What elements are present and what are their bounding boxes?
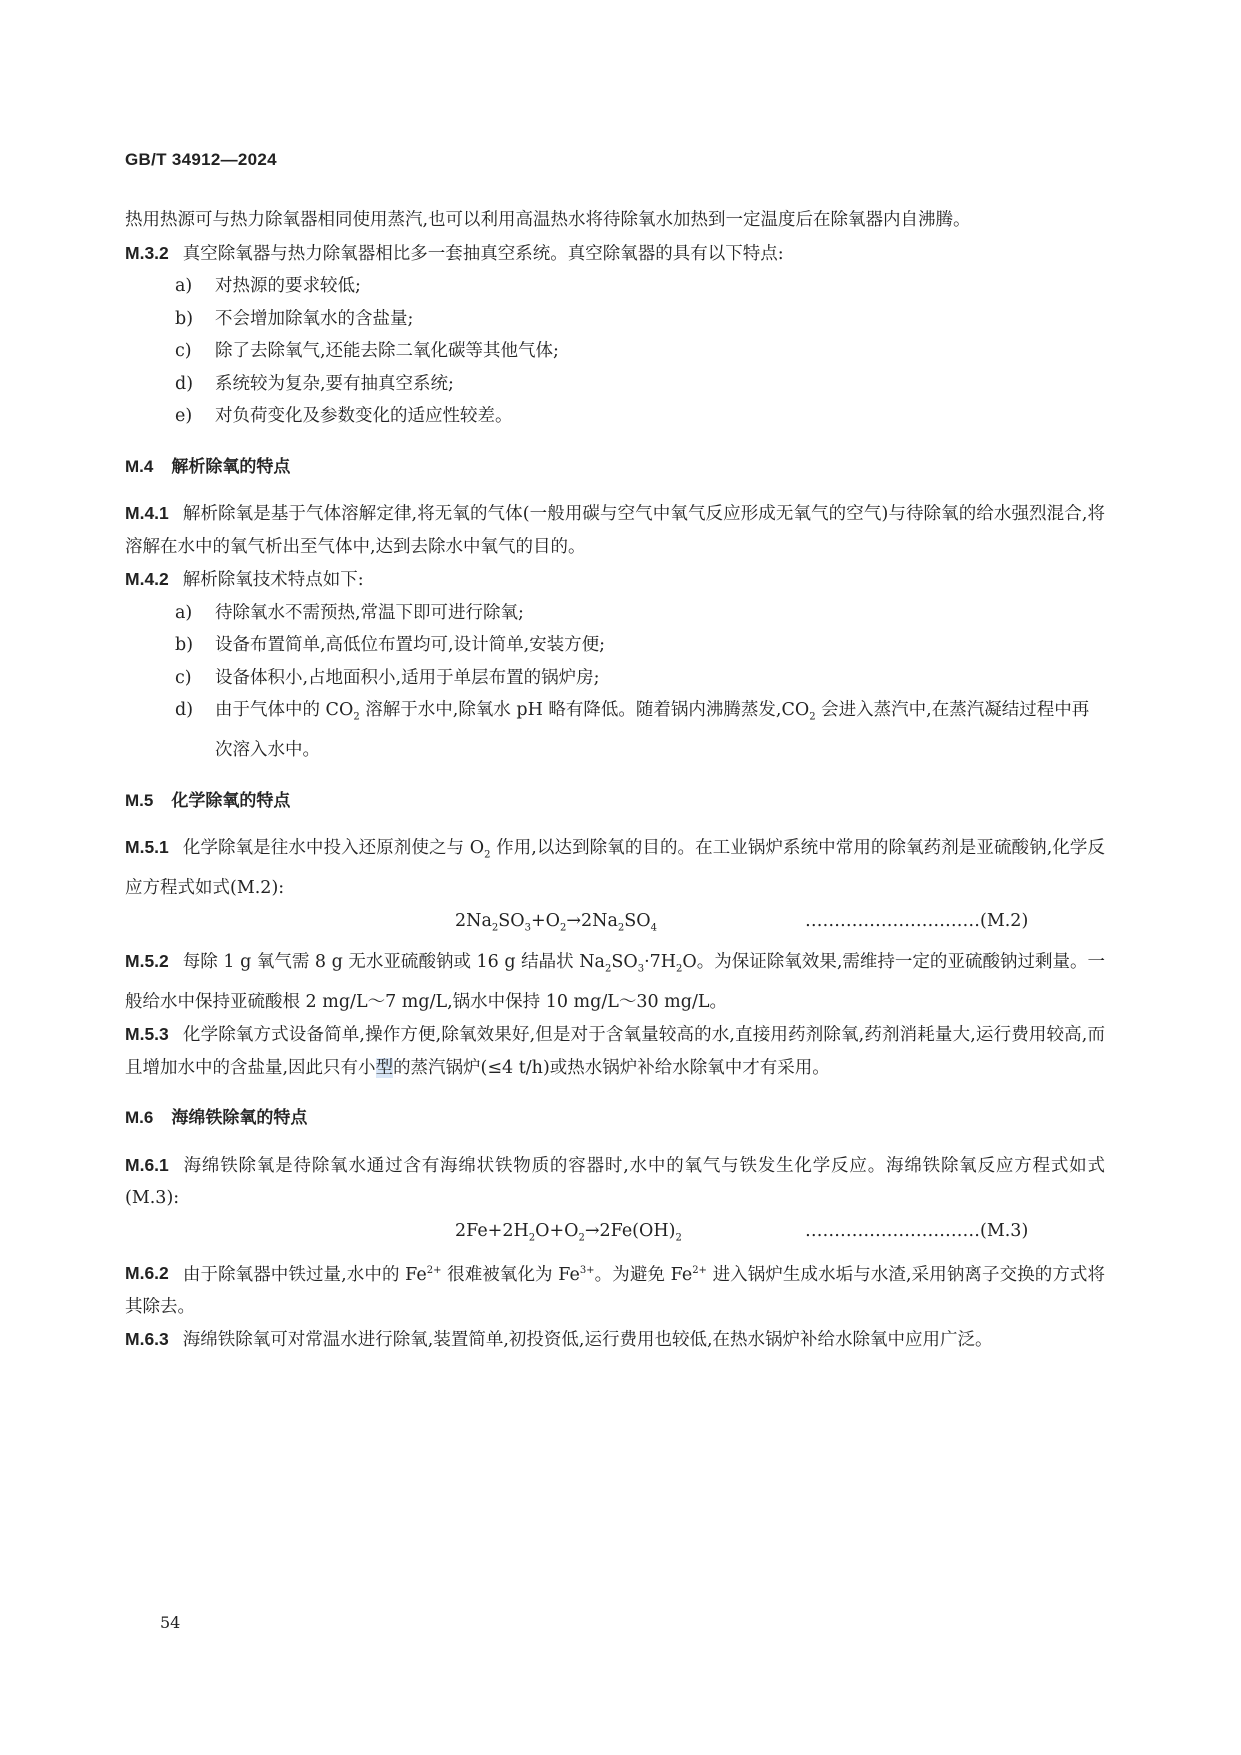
clause-m53: M.5.3化学除氧方式设备简单,操作方便,除氧效果好,但是对于含氧量较高的水,直… [125, 1018, 1105, 1084]
list-label: a) [175, 597, 215, 630]
equation-m2: 2Na2SO3+O2→2Na2SO4 …………………………(M.2) [125, 905, 1105, 945]
list-item: e)对负荷变化及参数变化的适应性较差。 [175, 400, 1105, 433]
list-label: a) [175, 270, 215, 303]
page-number: 54 [160, 1613, 180, 1632]
list-text: 系统较为复杂,要有抽真空系统; [215, 368, 1105, 401]
list-text: 设备布置简单,高低位布置均可,设计简单,安装方便; [215, 629, 1105, 662]
clause-m61: M.6.1海绵铁除氧是待除氧水通过含有海绵状铁物质的容器时,水中的氧气与铁发生化… [125, 1149, 1105, 1215]
section-title: 解析除氧的特点 [171, 457, 290, 476]
clause-number: M.6.1 [125, 1155, 169, 1175]
list-item: b)不会增加除氧水的含盐量; [175, 303, 1105, 336]
equation-ref: …………………………(M.3) [805, 1215, 1028, 1255]
clause-m62: M.6.2由于除氧器中铁过量,水中的 Fe2+ 很难被氧化为 Fe3+。为避免 … [125, 1255, 1105, 1324]
clause-text: 海绵铁除氧是待除氧水通过含有海绵状铁物质的容器时,水中的氧气与铁发生化学反应。海… [125, 1156, 1105, 1209]
list-label: d) [175, 368, 215, 401]
list-label: c) [175, 662, 215, 695]
list-item: a)对热源的要求较低; [175, 270, 1105, 303]
standard-code: GB/T 34912—2024 [125, 150, 277, 170]
clause-number: M.4.1 [125, 503, 169, 523]
list-item: c)除了去除氧气,还能去除二氧化碳等其他气体; [175, 335, 1105, 368]
clause-text: 解析除氧技术特点如下: [183, 570, 364, 590]
document-body: 热用热源可与热力除氧器相同使用蒸汽,也可以利用高温热水将待除氧水加热到一定温度后… [125, 204, 1105, 1357]
list-item: a)待除氧水不需预热,常温下即可进行除氧; [175, 597, 1105, 630]
clause-text: 真空除氧器与热力除氧器相比多一套抽真空系统。真空除氧器的具有以下特点: [183, 244, 784, 264]
list-item: b)设备布置简单,高低位布置均可,设计简单,安装方便; [175, 629, 1105, 662]
text-selection-highlight[interactable]: 型 [376, 1058, 394, 1078]
list-item: d)由于气体中的 CO2 溶解于水中,除氧水 pH 略有降低。随着锅内沸腾蒸发,… [175, 694, 1105, 767]
clause-number: M.5.3 [125, 1024, 169, 1044]
list-text: 由于气体中的 CO2 溶解于水中,除氧水 pH 略有降低。随着锅内沸腾蒸发,CO… [215, 694, 1105, 767]
list-text: 待除氧水不需预热,常温下即可进行除氧; [215, 597, 1105, 630]
clause-number: M.5.2 [125, 951, 169, 971]
clause-text: 海绵铁除氧可对常温水进行除氧,装置简单,初投资低,运行费用也较低,在热水锅炉补给… [183, 1330, 993, 1350]
list-text: 对热源的要求较低; [215, 270, 1105, 303]
equation-m3: 2Fe+2H2O+O2→2Fe(OH)2 …………………………(M.3) [125, 1215, 1105, 1255]
list-item: d)系统较为复杂,要有抽真空系统; [175, 368, 1105, 401]
list-label: d) [175, 694, 215, 767]
section-heading-m6: M.6海绵铁除氧的特点 [125, 1102, 1105, 1135]
list-label: e) [175, 400, 215, 433]
list-text: 设备体积小,占地面积小,适用于单层布置的锅炉房; [215, 662, 1105, 695]
section-title: 化学除氧的特点 [171, 791, 290, 810]
paragraph-intro: 热用热源可与热力除氧器相同使用蒸汽,也可以利用高温热水将待除氧水加热到一定温度后… [125, 204, 1105, 237]
list-text: 不会增加除氧水的含盐量; [215, 303, 1105, 336]
clause-number: M.4.2 [125, 569, 169, 589]
section-title: 海绵铁除氧的特点 [171, 1108, 307, 1127]
list-text: 除了去除氧气,还能去除二氧化碳等其他气体; [215, 335, 1105, 368]
section-heading-m4: M.4解析除氧的特点 [125, 451, 1105, 484]
clause-number: M.6.2 [125, 1263, 169, 1283]
section-number: M.4 [125, 457, 153, 476]
list-item: c)设备体积小,占地面积小,适用于单层布置的锅炉房; [175, 662, 1105, 695]
equation-formula: 2Na2SO3+O2→2Na2SO4 [455, 905, 805, 945]
clause-m32: M.3.2真空除氧器与热力除氧器相比多一套抽真空系统。真空除氧器的具有以下特点: [125, 237, 1105, 271]
list-label: b) [175, 629, 215, 662]
clause-m63: M.6.3海绵铁除氧可对常温水进行除氧,装置简单,初投资低,运行费用也较低,在热… [125, 1323, 1105, 1357]
clause-m51: M.5.1化学除氧是往水中投入还原剂使之与 O2 作用,以达到除氧的目的。在工业… [125, 831, 1105, 905]
equation-formula: 2Fe+2H2O+O2→2Fe(OH)2 [455, 1215, 805, 1255]
clause-text: 解析除氧是基于气体溶解定律,将无氧的气体(一般用碳与空气中氧气反应形成无氧气的空… [125, 504, 1105, 557]
clause-number: M.3.2 [125, 243, 169, 263]
section-number: M.6 [125, 1108, 153, 1127]
section-heading-m5: M.5化学除氧的特点 [125, 785, 1105, 818]
clause-m52: M.5.2每除 1 g 氧气需 8 g 无水亚硫酸钠或 16 g 结晶状 Na2… [125, 945, 1105, 1019]
document-page: GB/T 34912—2024 热用热源可与热力除氧器相同使用蒸汽,也可以利用高… [0, 0, 1241, 1755]
section-number: M.5 [125, 791, 153, 810]
clause-number: M.5.1 [125, 837, 169, 857]
clause-m41: M.4.1解析除氧是基于气体溶解定律,将无氧的气体(一般用碳与空气中氧气反应形成… [125, 497, 1105, 563]
list-label: b) [175, 303, 215, 336]
clause-number: M.6.3 [125, 1329, 169, 1349]
list-label: c) [175, 335, 215, 368]
list-text: 对负荷变化及参数变化的适应性较差。 [215, 400, 1105, 433]
equation-ref: …………………………(M.2) [805, 905, 1028, 945]
clause-m42: M.4.2解析除氧技术特点如下: [125, 563, 1105, 597]
